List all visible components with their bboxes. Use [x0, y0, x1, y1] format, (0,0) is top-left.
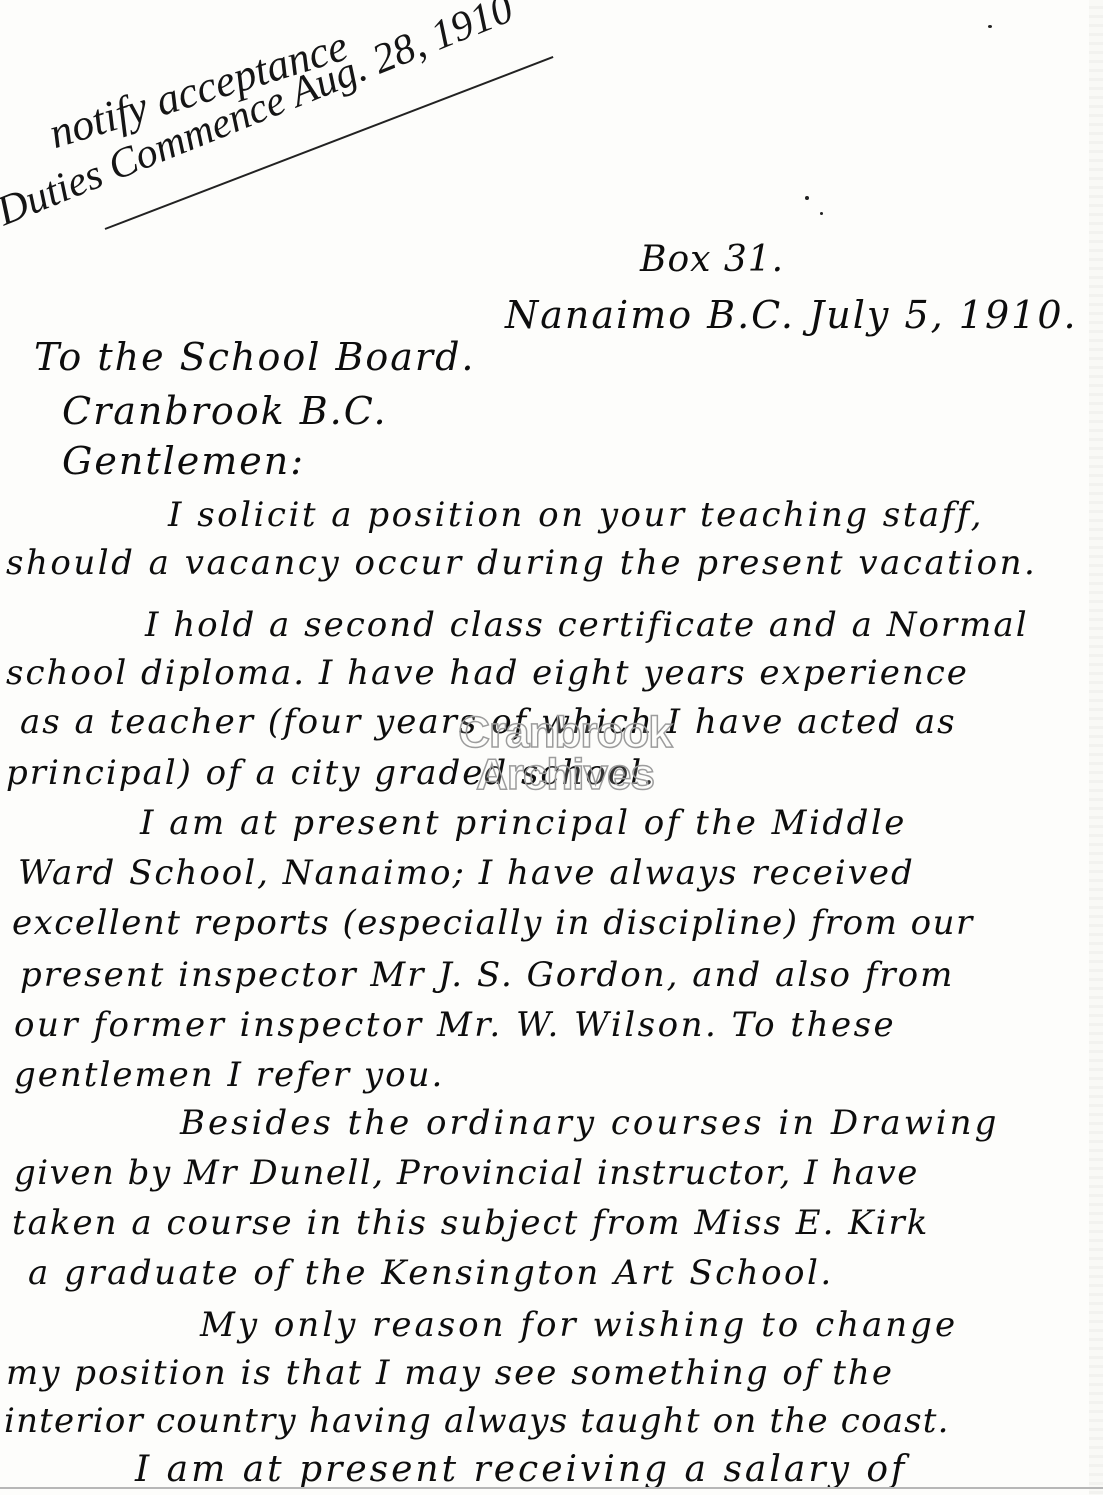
scan-edge: [1089, 0, 1103, 1495]
body-line: should a vacancy occur during the presen…: [6, 546, 1037, 580]
body-line: excellent reports (especially in discipl…: [12, 906, 974, 940]
body-line: given by Mr Dunell, Provincial instructo…: [14, 1156, 919, 1190]
watermark-line-1: Cranbrook: [420, 712, 710, 754]
scan-speck: [988, 25, 992, 28]
watermark-line-2: Archives: [420, 754, 710, 796]
salutation: Gentlemen:: [62, 442, 305, 480]
body-line: gentlemen I refer you.: [14, 1058, 444, 1092]
body-line: I hold a second class certificate and a …: [145, 608, 1029, 642]
body-line: I solicit a position on your teaching st…: [168, 498, 984, 532]
body-line: a graduate of the Kensington Art School.: [28, 1256, 834, 1290]
scan-speck: [820, 212, 823, 215]
body-line: taken a course in this subject from Miss…: [12, 1206, 929, 1240]
archive-watermark: Cranbrook Archives: [420, 712, 710, 796]
return-address-place-date: Nanaimo B.C. July 5, 1910.: [505, 296, 1078, 334]
scan-speck: [805, 196, 809, 200]
body-line: school diploma. I have had eight years e…: [6, 656, 969, 690]
recipient-line-1: To the School Board.: [34, 338, 475, 376]
letter-page: notify acceptance Duties Commence Aug. 2…: [0, 0, 1103, 1495]
scan-bottom-edge: [0, 1487, 1103, 1489]
body-line: Ward School, Nanaimo; I have always rece…: [18, 856, 915, 890]
body-line: interior country having always taught on…: [4, 1404, 950, 1438]
body-line: my position is that I may see something …: [6, 1356, 894, 1390]
body-line: our former inspector Mr. W. Wilson. To t…: [14, 1008, 896, 1042]
body-line: My only reason for wishing to change: [200, 1308, 958, 1342]
body-line: I am at present receiving a salary of: [135, 1452, 907, 1488]
body-line: I am at present principal of the Middle: [140, 806, 907, 840]
body-line: present inspector Mr J. S. Gordon, and a…: [20, 958, 954, 992]
recipient-line-2: Cranbrook B.C.: [62, 392, 388, 430]
body-line: Besides the ordinary courses in Drawing: [180, 1106, 999, 1140]
return-address-box: Box 31.: [640, 242, 784, 278]
